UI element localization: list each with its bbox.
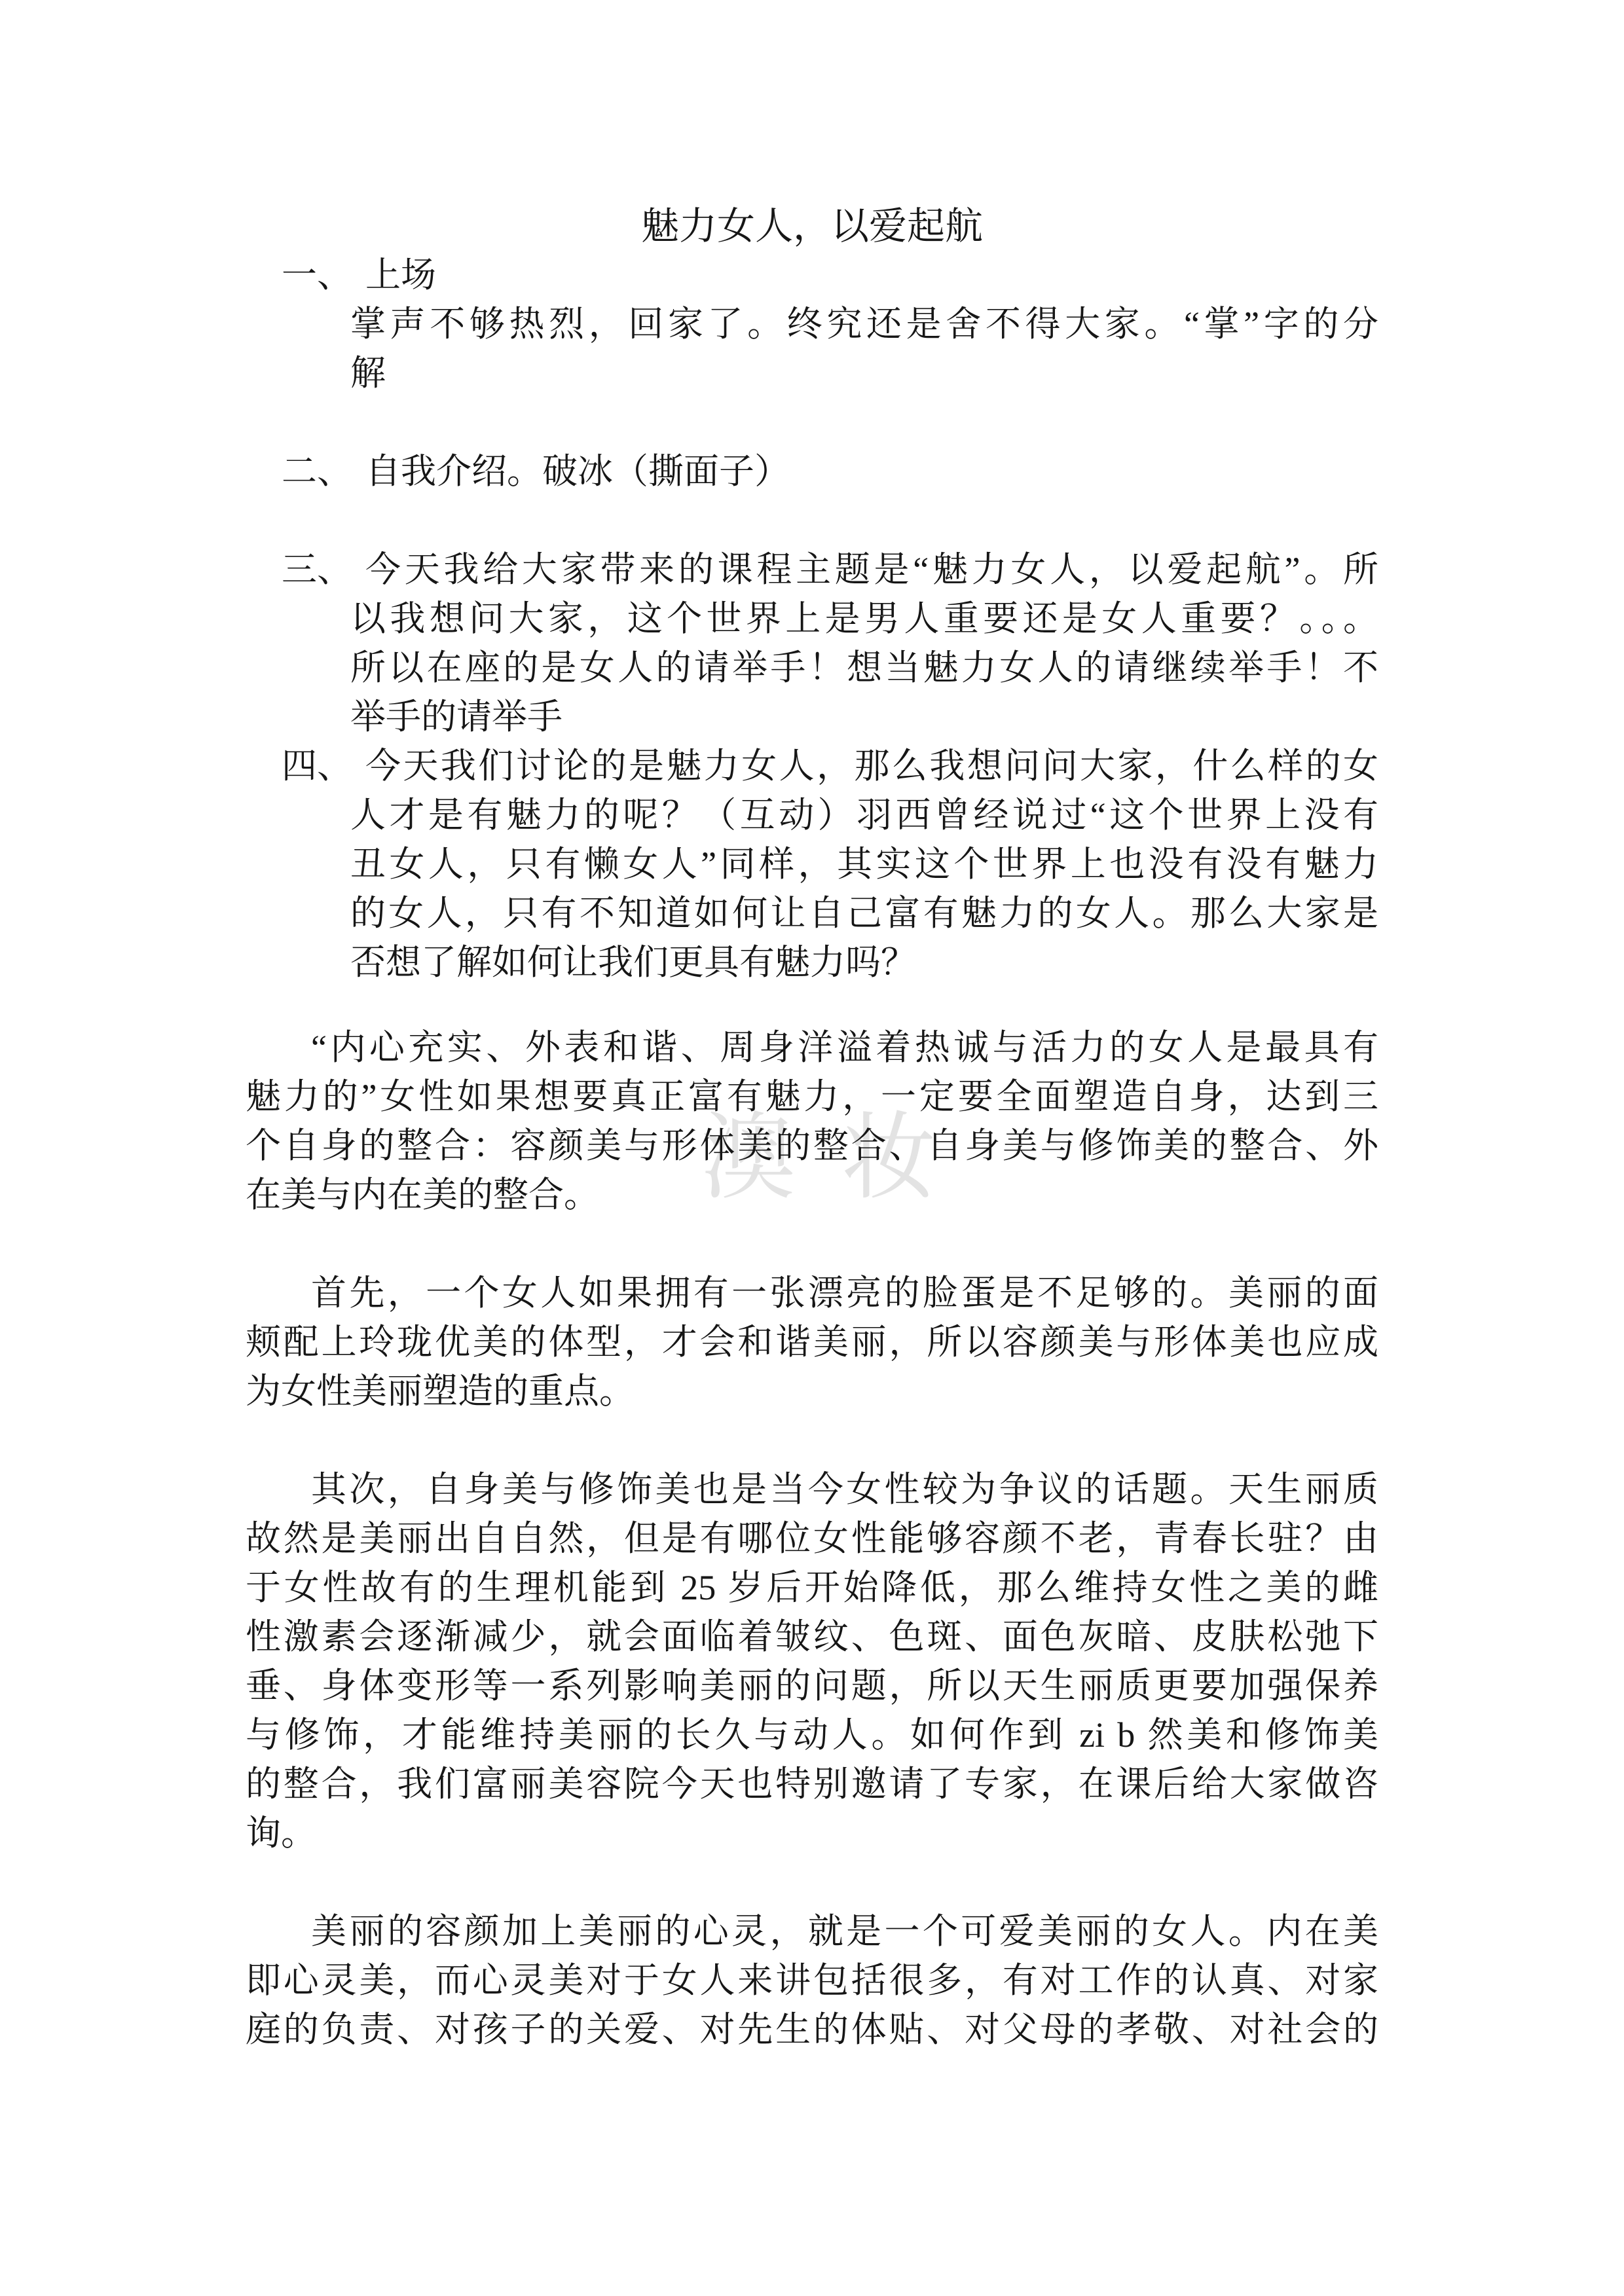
text-line: 性激素会逐渐减少，就会面临着皱纹、色斑、面色灰暗、皮肤松弛下 xyxy=(246,1613,1378,1662)
text-line: 其次，自身美与修饰美也是当今女性较为争议的话题。天生丽质 xyxy=(246,1465,1378,1514)
text-line: 所以在座的是女人的请举手！想当魅力女人的请继续举手！不 xyxy=(246,644,1378,693)
text-line: 在美与内在美的整合。 xyxy=(246,1171,1378,1220)
list-item-text: 上场 xyxy=(365,251,1378,300)
text-line: 颊配上玲珑优美的体型，才会和谐美丽，所以容颜美与形体美也应成 xyxy=(246,1318,1378,1367)
blank-line xyxy=(246,1416,1378,1465)
document-body: 魅力女人，以爱起航一、上场掌声不够热烈，回家了。终究还是舍不得大家。“掌”字的分… xyxy=(246,202,1378,2054)
blank-line xyxy=(246,1220,1378,1269)
list-item-text: 自我介绍。破冰（撕面子） xyxy=(365,447,1378,496)
text-line: 以我想问大家，这个世界上是男人重要还是女人重要？。。。 xyxy=(246,594,1378,644)
text-line: 的女人，只有不知道如何让自己富有魅力的女人。那么大家是 xyxy=(246,889,1378,938)
text-line: 解 xyxy=(246,349,1378,398)
text-line: 即心灵美，而心灵美对于女人来讲包括很多，有对工作的认真、对家 xyxy=(246,1956,1378,2005)
list-item-text: 今天我们讨论的是魅力女人，那么我想问问大家，什么样的女 xyxy=(365,742,1378,791)
text-line: 人才是有魅力的呢？（互动）羽西曾经说过“这个世界上没有 xyxy=(246,791,1378,840)
text-line: “内心充实、外表和谐、周身洋溢着热诚与活力的女人是最具有 xyxy=(246,1023,1378,1072)
text-line: 二、自我介绍。破冰（撕面子） xyxy=(246,447,1378,496)
list-number: 三、 xyxy=(282,545,352,594)
text-line: 个自身的整合：容颜美与形体美的整合、自身美与修饰美的整合、外 xyxy=(246,1121,1378,1171)
document-page: 澳妆 魅力女人，以爱起航一、上场掌声不够热烈，回家了。终究还是舍不得大家。“掌”… xyxy=(0,0,1624,2296)
text-line: 四、今天我们讨论的是魅力女人，那么我想问问大家，什么样的女 xyxy=(246,742,1378,791)
blank-line xyxy=(246,987,1378,1023)
text-line: 为女性美丽塑造的重点。 xyxy=(246,1367,1378,1416)
list-number: 四、 xyxy=(282,742,352,791)
text-line: 与修饰，才能维持美丽的长久与动人。如何作到 zi b 然美和修饰美 xyxy=(246,1711,1378,1760)
text-line: 垂、身体变形等一系列影响美丽的问题，所以天生丽质更要加强保养 xyxy=(246,1662,1378,1711)
text-line: 否想了解如何让我们更具有魅力吗？ xyxy=(246,938,1378,987)
text-line: 三、今天我给大家带来的课程主题是“魅力女人，以爱起航”。所 xyxy=(246,545,1378,594)
text-line: 故然是美丽出自自然，但是有哪位女性能够容颜不老，青春长驻？由 xyxy=(246,1514,1378,1563)
text-line: 丑女人，只有懒女人”同样，其实这个世界上也没有没有魅力 xyxy=(246,840,1378,889)
text-line: 首先，一个女人如果拥有一张漂亮的脸蛋是不足够的。美丽的面 xyxy=(246,1269,1378,1318)
page-title: 魅力女人，以爱起航 xyxy=(246,202,1378,251)
text-line: 庭的负责、对孩子的关爱、对先生的体贴、对父母的孝敬、对社会的 xyxy=(246,2005,1378,2054)
blank-line xyxy=(246,1858,1378,1907)
text-line: 的整合，我们富丽美容院今天也特别邀请了专家，在课后给大家做咨 xyxy=(246,1760,1378,1809)
text-line: 询。 xyxy=(246,1809,1378,1858)
list-number: 二、 xyxy=(282,447,352,496)
blank-line xyxy=(246,398,1378,447)
list-number: 一、 xyxy=(282,251,352,300)
text-line: 举手的请举手 xyxy=(246,693,1378,742)
text-line: 魅力的”女性如果想要真正富有魅力，一定要全面塑造自身，达到三 xyxy=(246,1072,1378,1121)
blank-line xyxy=(246,496,1378,545)
text-line: 于女性故有的生理机能到 25 岁后开始降低，那么维持女性之美的雌 xyxy=(246,1563,1378,1613)
list-item-text: 今天我给大家带来的课程主题是“魅力女人，以爱起航”。所 xyxy=(365,545,1378,594)
text-line: 美丽的容颜加上美丽的心灵，就是一个可爱美丽的女人。内在美 xyxy=(246,1907,1378,1956)
text-line: 掌声不够热烈，回家了。终究还是舍不得大家。“掌”字的分 xyxy=(246,300,1378,349)
text-line: 一、上场 xyxy=(246,251,1378,300)
